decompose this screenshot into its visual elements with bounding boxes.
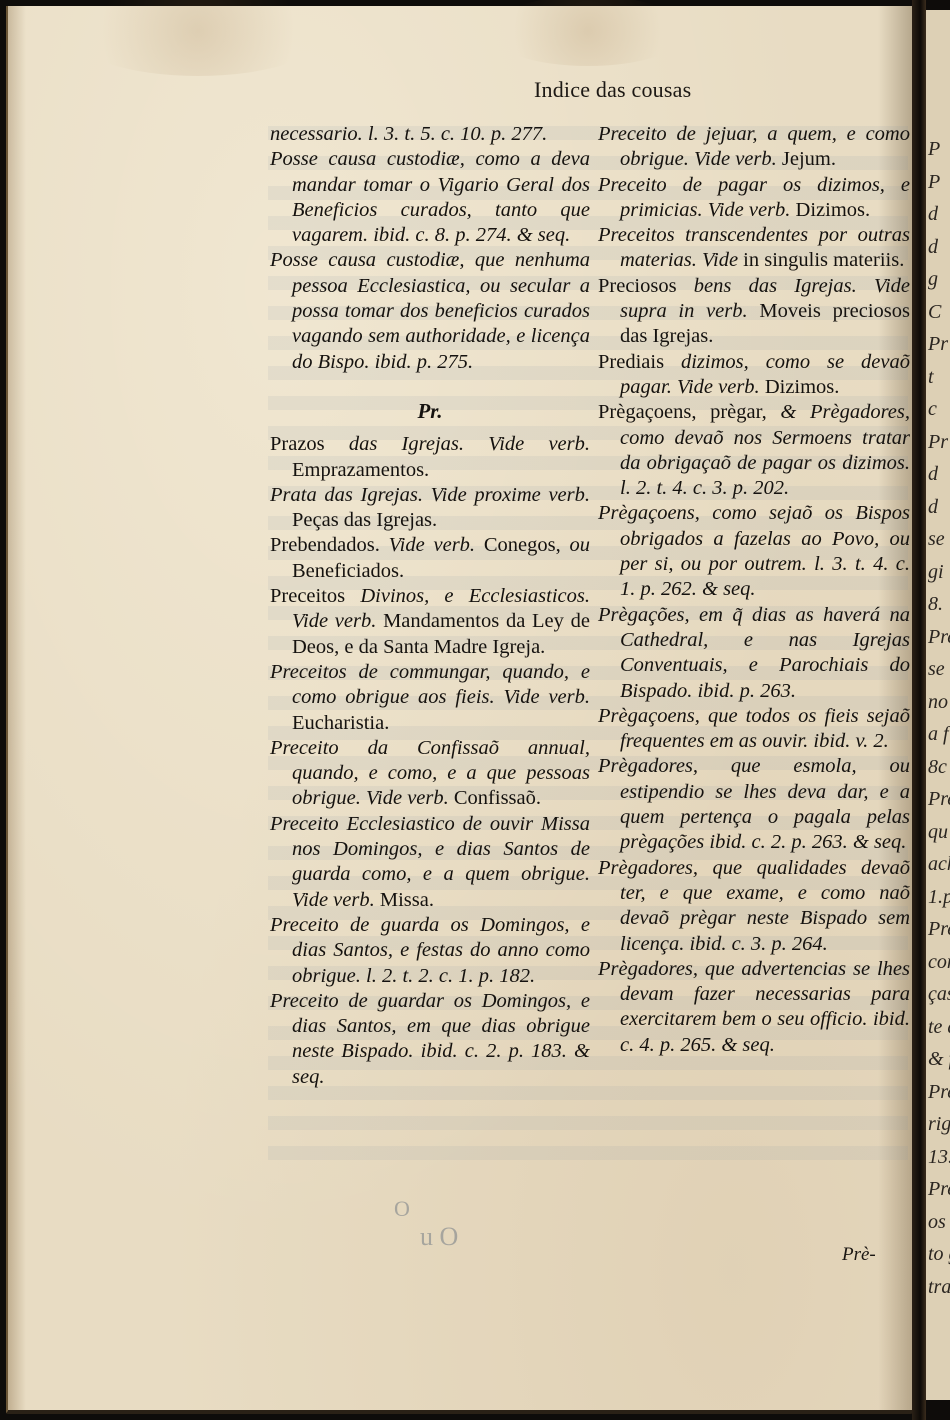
- index-entry: Preceito da Confissaõ annual, quando, e …: [270, 736, 590, 812]
- entry-text: Prègaçoens, como sejaõ os Bispos obrigad…: [598, 502, 910, 600]
- entry-text: Prediais: [598, 351, 681, 373]
- facing-page-fragment: d: [928, 463, 938, 486]
- facing-page-fragment: d: [928, 236, 938, 259]
- facing-page-fragment: g: [928, 268, 938, 291]
- entry-text: Prazos: [270, 433, 349, 455]
- facing-page-fragment: Prezo: [928, 1178, 950, 1201]
- catchword: Prè-: [842, 1244, 876, 1266]
- entry-text: Prègaçoens, prègar,: [598, 401, 780, 423]
- facing-page-fragment: ach: [928, 853, 950, 876]
- entry-text: Vide verb.: [389, 534, 484, 556]
- facing-page-fragment: 13.: [928, 1146, 950, 1169]
- entry-text: Preceito de guardar os Domingos, e dias …: [270, 990, 590, 1088]
- facing-page-fragment: Pren: [928, 918, 950, 941]
- index-entry: Prègadores, que esmola, ou estipendio se…: [598, 754, 910, 855]
- entry-text: Prègadores, que esmola, ou estipendio se…: [598, 755, 910, 853]
- index-entry: necessario. l. 3. t. 5. c. 10. p. 277.: [270, 122, 590, 147]
- entry-text: Emprazamentos.: [292, 459, 429, 481]
- index-entries: Preceito de jejuar, a quem, e como obrig…: [598, 122, 910, 1058]
- facing-page-fragment: Pr: [928, 333, 948, 356]
- index-entry: Preceito de guardar os Domingos, e dias …: [270, 989, 590, 1090]
- index-entry: Prazos das Igrejas. Vide verb. Emprazame…: [270, 432, 590, 483]
- facing-page-fragment: d: [928, 496, 938, 519]
- entry-text: das Igrejas. Vide verb.: [349, 433, 590, 455]
- index-entry: Prègações, em q̃ dias as haverá na Cathe…: [598, 603, 910, 704]
- index-entry: Prègadores, que qualidades devaõ ter, e …: [598, 856, 910, 957]
- facing-page-fragment: c: [928, 398, 937, 421]
- index-entry: Posse causa custodiæ, como a deva mandar…: [270, 147, 590, 248]
- facing-page-fragment: os C: [928, 1211, 950, 1234]
- entry-text: Posse causa custodiæ, que nenhuma pessoa…: [270, 249, 590, 372]
- entry-text: Preceitos de commungar, quando, e como o…: [270, 661, 590, 708]
- index-entry: Preceito de jejuar, a quem, e como obrig…: [598, 122, 910, 173]
- facing-page-fragment: gi: [928, 561, 944, 584]
- entry-text: Dizimos.: [765, 376, 840, 398]
- facing-page-fragment: t: [928, 366, 934, 389]
- entry-text: Prata das Igrejas. Vide proxime verb.: [270, 484, 590, 506]
- entry-text: Prègadores, que qualidades devaõ ter, e …: [598, 857, 910, 955]
- water-stain: [68, 0, 328, 76]
- index-entry: Prata das Igrejas. Vide proxime verb. Pe…: [270, 483, 590, 534]
- entry-text: Dizimos.: [796, 199, 871, 221]
- index-entry: Prebendados. Vide verb. Conegos, ou Bene…: [270, 533, 590, 584]
- entry-text: Preceito de jejuar, a quem, e como obrig…: [598, 123, 910, 170]
- facing-page-fragment: d: [928, 203, 938, 226]
- facing-page-fragment: a f: [928, 723, 949, 746]
- index-entry: Preceitos de commungar, quando, e como o…: [270, 660, 590, 736]
- facing-page-fragment: qu: [928, 821, 948, 844]
- index-entries: Prazos das Igrejas. Vide verb. Emprazame…: [270, 432, 590, 1090]
- index-entry: Preceito Ecclesiastico de ouvir Missa no…: [270, 812, 590, 913]
- facing-page-fragment: se: [928, 528, 945, 551]
- index-entry: Prègadores, que advertencias se lhes dev…: [598, 957, 910, 1058]
- facing-page-fragment: Pr: [928, 431, 948, 454]
- entry-text: Eucharistia.: [292, 712, 389, 734]
- entry-text: Preciosos: [598, 275, 694, 297]
- facing-page-fragment: Pre: [928, 788, 950, 811]
- bleed-through-glyph: u O: [420, 1222, 458, 1252]
- entry-text: Preceito de guarda os Domingos, e dias S…: [270, 914, 590, 987]
- continued-entries: necessario. l. 3. t. 5. c. 10. p. 277.Po…: [270, 122, 590, 375]
- entry-text: Jejum.: [782, 148, 836, 170]
- section-heading: Pr.: [270, 399, 590, 424]
- index-entry: Preceito de guarda os Domingos, e dias S…: [270, 913, 590, 989]
- facing-page-fragment: no: [928, 691, 948, 714]
- facing-page-fragment: rigo: [928, 1113, 950, 1136]
- facing-page-fragment: 8c: [928, 756, 947, 779]
- entry-text: Posse causa custodiæ, como a deva mandar…: [270, 148, 590, 246]
- bleed-through-glyph: O: [394, 1196, 410, 1222]
- index-entry: Prègaçoens, prègar, & Prègadores, como d…: [598, 400, 910, 501]
- index-entry: Preceitos transcendentes por outras mate…: [598, 223, 910, 274]
- facing-page-fragment: & f: [928, 1048, 950, 1071]
- index-entry: Preceitos Divinos, e Ecclesiasticos. Vid…: [270, 584, 590, 660]
- facing-page-fragment: P: [928, 171, 940, 194]
- entry-text: Prègaçoens, que todos os fieis sejaõ fre…: [598, 705, 910, 752]
- entry-text: Confissaõ.: [454, 787, 541, 809]
- entry-text: necessario. l. 3. t. 5. c. 10. p. 277.: [270, 123, 547, 145]
- entry-text: Prègações, em q̃ dias as haverá na Cathe…: [598, 604, 910, 702]
- facing-page-fragment: 8.: [928, 593, 943, 616]
- facing-page-fragment: Prez: [928, 1081, 950, 1104]
- facing-page-fragment: ças: [928, 983, 950, 1006]
- book-gutter: [912, 0, 926, 1420]
- entry-text: Missa.: [380, 889, 434, 911]
- facing-page-fragment: te d: [928, 1016, 950, 1039]
- index-column-right: Preceito de jejuar, a quem, e como obrig…: [598, 122, 910, 1058]
- entry-text: Preceito da Confissaõ annual, quando, e …: [270, 737, 590, 810]
- facing-page-fragment: Pre: [928, 626, 950, 649]
- facing-page-fragment: P: [928, 138, 940, 161]
- index-entry: Prediais dizimos, como se devaõ pagar. V…: [598, 350, 910, 401]
- facing-page-fragment: trat: [928, 1276, 950, 1299]
- index-column-left: necessario. l. 3. t. 5. c. 10. p. 277.Po…: [270, 122, 590, 1090]
- facing-page-fragment: se: [928, 658, 945, 681]
- entry-text: ou: [570, 534, 591, 556]
- facing-page-fragment: 1.p: [928, 886, 950, 909]
- entry-text: Prebendados.: [270, 534, 389, 556]
- entry-text: Preceitos: [270, 585, 360, 607]
- entry-text: Conegos,: [484, 534, 570, 556]
- facing-page-fragment: com: [928, 951, 950, 974]
- entry-text: Beneficiados.: [292, 560, 404, 582]
- index-entry: Preceito de pagar os dizimos, e primicia…: [598, 173, 910, 224]
- entry-text: Prègadores, que advertencias se lhes dev…: [598, 958, 910, 1056]
- facing-page-edge: PPddgCPrtcPrddsegi8.Presenoa f8cPrequach…: [926, 10, 950, 1400]
- index-entry: Prègaçoens, como sejaõ os Bispos obrigad…: [598, 501, 910, 602]
- entry-text: in singulis materiis.: [743, 249, 904, 271]
- facing-page-fragment: to gr: [928, 1243, 950, 1266]
- entry-text: Peças das Igrejas.: [292, 509, 437, 531]
- water-stain: [488, 0, 688, 66]
- facing-page-fragment: C: [928, 301, 941, 324]
- index-entry: Prègaçoens, que todos os fieis sejaõ fre…: [598, 704, 910, 755]
- index-entry: Posse causa custodiæ, que nenhuma pessoa…: [270, 248, 590, 374]
- index-entry: Preciosos bens das Igrejas. Vide supra i…: [598, 274, 910, 350]
- running-head: Indice das cousas: [534, 77, 691, 103]
